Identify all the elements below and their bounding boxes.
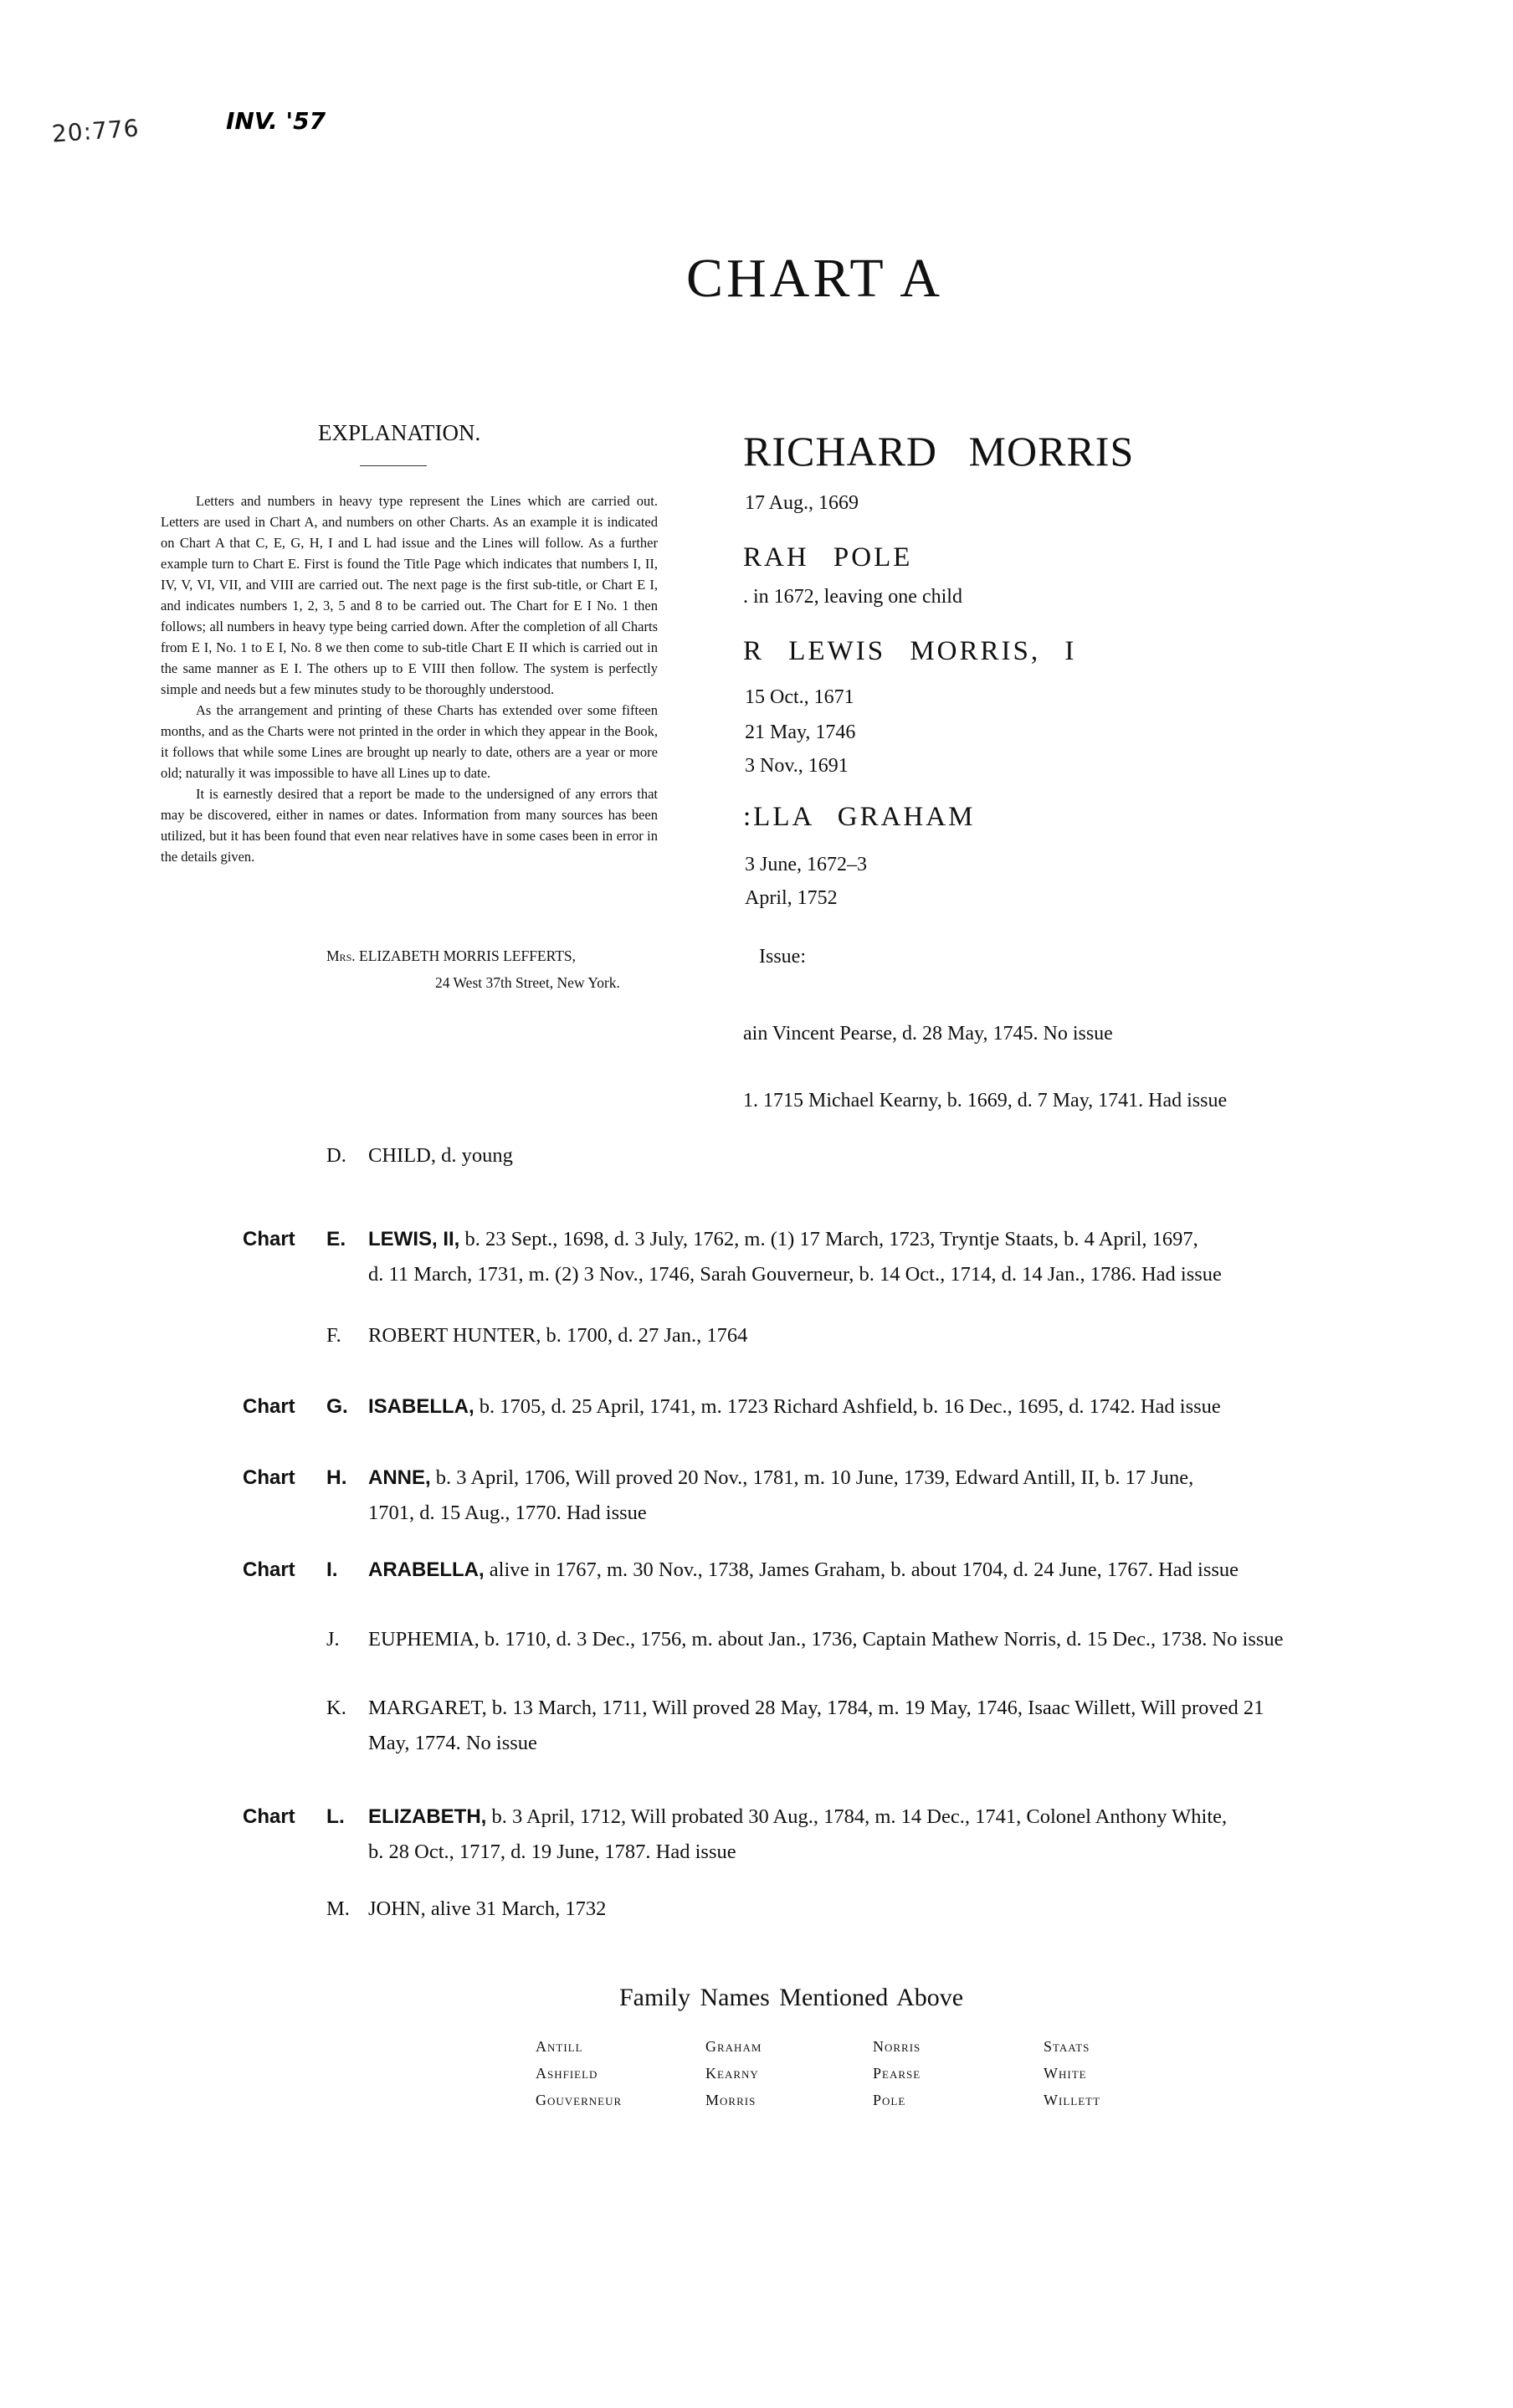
header-line-heading: R LEWIS MORRIS, I <box>743 636 1076 667</box>
chart-link-label[interactable]: Chart <box>243 1222 323 1257</box>
entry-letter: E. <box>326 1222 360 1257</box>
entry-details: , d. young <box>431 1144 513 1167</box>
header-line: April, 1752 <box>745 887 838 910</box>
entry-body: JOHN, alive 31 March, 1732 <box>368 1892 1406 1927</box>
family-name: Antill <box>536 2036 705 2057</box>
entry-details: alive in 1767, m. 30 Nov., 1738, James G… <box>485 1558 1239 1581</box>
family-name: Ashfield <box>536 2062 705 2084</box>
entry-body: ANNE, b. 3 April, 1706, Will proved 20 N… <box>368 1461 1406 1531</box>
entry-details-continued: d. 11 March, 1731, m. (2) 3 Nov., 1746, … <box>368 1257 1406 1292</box>
entry-details: , b. 1710, d. 3 Dec., 1756, m. about Jan… <box>474 1628 1284 1651</box>
entry-details-continued: May, 1774. No issue <box>368 1726 1406 1761</box>
family-name: Staats <box>1044 2036 1177 2057</box>
entry-details-continued: b. 28 Oct., 1717, d. 19 June, 1787. Had … <box>368 1835 1406 1870</box>
explanation-paragraph: As the arrangement and printing of these… <box>161 700 658 783</box>
entry-letter: G. <box>326 1389 360 1425</box>
child-entry: ChartG.ISABELLA, b. 1705, d. 25 April, 1… <box>243 1389 1406 1425</box>
family-name: Norris <box>873 2036 1044 2057</box>
header-line: 21 May, 1746 <box>745 721 855 744</box>
explanation-paragraph: It is earnestly desired that a report be… <box>161 783 658 867</box>
child-entry: ChartL.ELIZABETH, b. 3 April, 1712, Will… <box>243 1800 1406 1870</box>
explanation-signature: Mrs. ELIZABETH MORRIS LEFFERTS, <box>326 947 576 965</box>
entry-body: ROBERT HUNTER, b. 1700, d. 27 Jan., 1764 <box>368 1318 1406 1353</box>
entry-letter: M. <box>326 1892 360 1927</box>
inventory-stamp: INV. '57 <box>226 107 326 135</box>
child-entry: J.EUPHEMIA, b. 1710, d. 3 Dec., 1756, m.… <box>243 1622 1406 1657</box>
entry-letter: K. <box>326 1691 360 1726</box>
header-line: Issue: <box>759 946 806 968</box>
header-line: 15 Oct., 1671 <box>745 686 854 709</box>
chart-link-label[interactable]: Chart <box>243 1389 323 1425</box>
child-entry: ChartH.ANNE, b. 3 April, 1706, Will prov… <box>243 1461 1406 1531</box>
entry-details: b. 1705, d. 25 April, 1741, m. 1723 Rich… <box>474 1395 1221 1418</box>
entry-name: ARABELLA, <box>368 1558 485 1581</box>
family-name: Willett <box>1044 2089 1177 2111</box>
entry-body: ISABELLA, b. 1705, d. 25 April, 1741, m.… <box>368 1389 1406 1425</box>
entry-details: , b. 1700, d. 27 Jan., 1764 <box>536 1324 747 1347</box>
entry-letter: J. <box>326 1622 360 1657</box>
family-names-grid: AntillGrahamNorrisStaatsAshfieldKearnyPe… <box>536 2036 1177 2111</box>
explanation-paragraph: Letters and numbers in heavy type repres… <box>161 490 658 700</box>
chart-link-label[interactable]: Chart <box>243 1800 323 1835</box>
header-line: 17 Aug., 1669 <box>745 492 859 515</box>
chart-link-label[interactable]: Chart <box>243 1553 323 1588</box>
entry-letter: D. <box>326 1138 360 1173</box>
entry-name: EUPHEMIA <box>368 1628 474 1651</box>
child-entry: D.CHILD, d. young <box>243 1138 1406 1173</box>
entry-body: CHILD, d. young <box>368 1138 1406 1173</box>
entry-details-continued: 1701, d. 15 Aug., 1770. Had issue <box>368 1496 1406 1531</box>
progenitor-name: RICHARD MORRIS <box>743 427 1134 475</box>
signature-prefix: Mrs. <box>326 947 356 964</box>
header-line: ain Vincent Pearse, d. 28 May, 1745. No … <box>743 1023 1113 1045</box>
entry-letter: H. <box>326 1461 360 1496</box>
entry-body: MARGARET, b. 13 March, 1711, Will proved… <box>368 1691 1406 1761</box>
entry-body: EUPHEMIA, b. 1710, d. 3 Dec., 1756, m. a… <box>368 1622 1406 1657</box>
header-line: . in 1672, leaving one child <box>743 586 962 608</box>
entry-letter: L. <box>326 1800 360 1835</box>
header-line-heading: RAH POLE <box>743 542 912 573</box>
family-name: Graham <box>705 2036 873 2057</box>
signature-name: ELIZABETH MORRIS LEFFERTS, <box>359 947 576 964</box>
entry-name: ROBERT HUNTER <box>368 1324 536 1347</box>
child-entry: ChartE.LEWIS, II, b. 23 Sept., 1698, d. … <box>243 1222 1406 1292</box>
entry-name: ANNE, <box>368 1466 431 1489</box>
entry-name: JOHN <box>368 1897 421 1920</box>
child-entry: ChartI.ARABELLA, alive in 1767, m. 30 No… <box>243 1553 1406 1588</box>
entry-body: ELIZABETH, b. 3 April, 1712, Will probat… <box>368 1800 1406 1870</box>
entry-details: b. 3 April, 1712, Will probated 30 Aug.,… <box>486 1805 1227 1828</box>
entry-letter: F. <box>326 1318 360 1353</box>
family-name: Kearny <box>705 2062 873 2084</box>
child-entry: F.ROBERT HUNTER, b. 1700, d. 27 Jan., 17… <box>243 1318 1406 1353</box>
chart-link-label[interactable]: Chart <box>243 1461 323 1496</box>
header-line-heading: :LLA GRAHAM <box>743 802 975 833</box>
header-line: 3 June, 1672–3 <box>745 854 867 876</box>
entry-name: ISABELLA, <box>368 1395 474 1418</box>
child-entry: K.MARGARET, b. 13 March, 1711, Will prov… <box>243 1691 1406 1761</box>
explanation-body: Letters and numbers in heavy type repres… <box>161 490 658 867</box>
entry-name: CHILD <box>368 1144 431 1167</box>
entry-details: b. 3 April, 1706, Will proved 20 Nov., 1… <box>431 1466 1194 1489</box>
family-name: Gouverneur <box>536 2089 705 2111</box>
entry-details: , b. 13 March, 1711, Will proved 28 May,… <box>482 1697 1264 1719</box>
explanation-heading: EXPLANATION. <box>318 420 594 446</box>
signature-address: 24 West 37th Street, New York. <box>435 974 620 992</box>
family-name: Morris <box>705 2089 873 2111</box>
page-title: CHART A <box>686 247 943 311</box>
family-name: Pole <box>873 2089 1044 2111</box>
family-name: White <box>1044 2062 1177 2084</box>
entry-body: LEWIS, II, b. 23 Sept., 1698, d. 3 July,… <box>368 1222 1406 1292</box>
handwritten-catalog-number: 20:776 <box>51 114 141 147</box>
header-line: 3 Nov., 1691 <box>745 755 849 778</box>
explanation-divider <box>360 465 427 466</box>
header-line: 1. 1715 Michael Kearny, b. 1669, d. 7 Ma… <box>743 1090 1227 1112</box>
entry-letter: I. <box>326 1553 360 1588</box>
family-name: Pearse <box>873 2062 1044 2084</box>
entry-name: ELIZABETH, <box>368 1805 486 1828</box>
entry-details: , alive 31 March, 1732 <box>421 1897 607 1920</box>
child-entry: M.JOHN, alive 31 March, 1732 <box>243 1892 1406 1927</box>
family-names-heading: Family Names Mentioned Above <box>619 1984 979 2012</box>
entry-name: LEWIS, II, <box>368 1228 459 1250</box>
entry-body: ARABELLA, alive in 1767, m. 30 Nov., 173… <box>368 1553 1406 1588</box>
entry-details: b. 23 Sept., 1698, d. 3 July, 1762, m. (… <box>459 1228 1198 1250</box>
entry-name: MARGARET <box>368 1697 482 1719</box>
